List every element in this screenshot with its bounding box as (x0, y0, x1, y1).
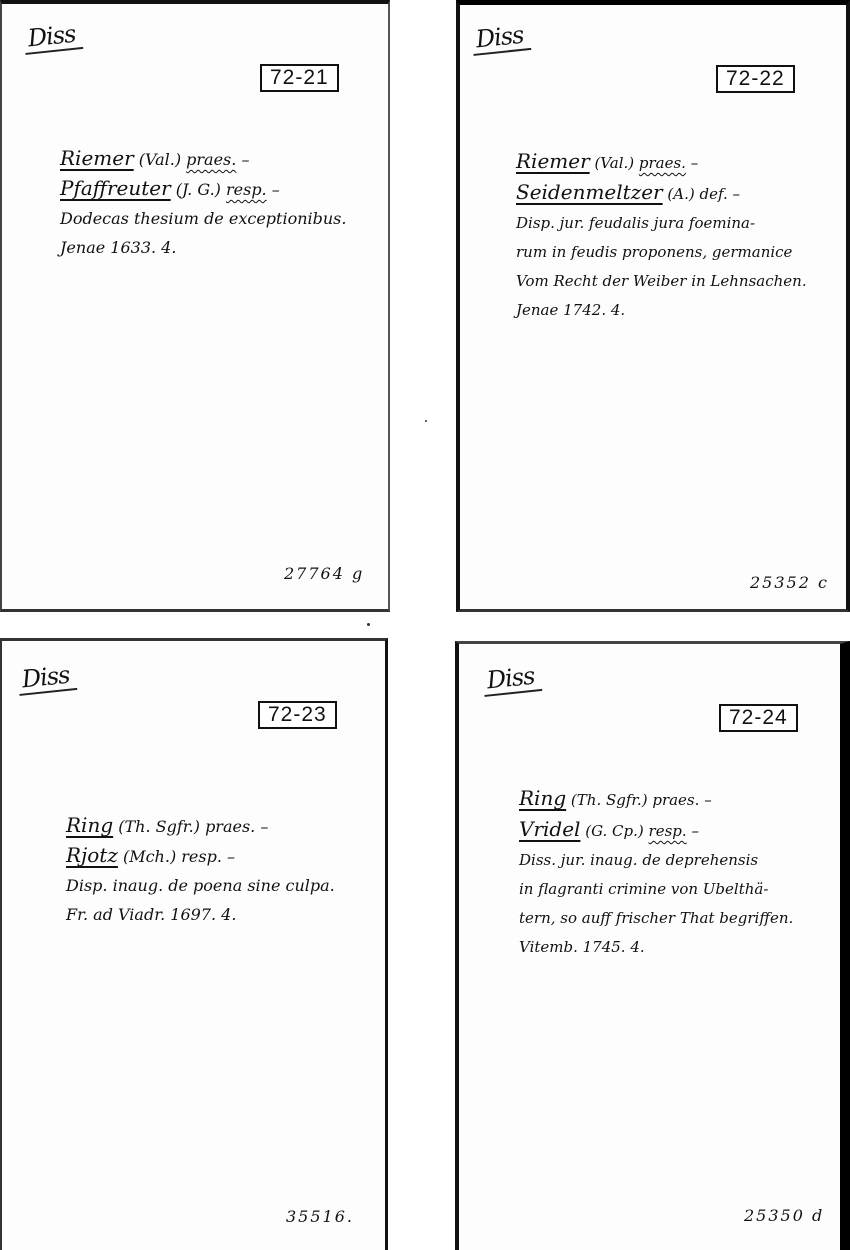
respondent-name: Vridel (519, 817, 580, 841)
respondent-role: resp. (226, 180, 267, 199)
imprint-line: Jenae 1633. 4. (60, 233, 346, 262)
entry-text: Ring (Th. Sgfr.) praes. – Vridel (G. Cp.… (519, 784, 793, 962)
praeses-line: Ring (Th. Sgfr.) praes. – (519, 784, 793, 815)
line-dash: – (272, 180, 280, 199)
title-line: rum in feudis proponens, germanice (516, 238, 807, 267)
catalog-card: Diss 72-23 Ring (Th. Sgfr.) praes. – Rjo… (0, 638, 388, 1250)
respondent-role: resp. (181, 847, 222, 866)
catalog-card: Diss 72-22 Riemer (Val.) praes. – Seiden… (456, 0, 850, 612)
praeses-name: Riemer (60, 146, 134, 170)
praeses-role: praes. (652, 791, 699, 809)
line-dash: – (691, 154, 699, 172)
respondent-initials: (J. G.) (176, 180, 221, 199)
category-label: Diss (482, 663, 542, 697)
respondent-name: Rjotz (66, 843, 118, 867)
accession-number: 25352 c (750, 573, 829, 592)
accession-number: 35516. (286, 1207, 354, 1226)
scan-speck (367, 623, 370, 626)
line-dash: – (691, 822, 699, 840)
praeses-name: Ring (66, 813, 113, 837)
entry-text: Riemer (Val.) praes. – Seidenmeltzer (A.… (516, 147, 807, 325)
respondent-line: Pfaffreuter (J. G.) resp. – (60, 174, 346, 204)
praeses-line: Ring (Th. Sgfr.) praes. – (66, 811, 335, 841)
catalog-card: Diss 72-21 Riemer (Val.) praes. – Pfaffr… (0, 0, 390, 612)
accession-number: 27764 g (284, 564, 364, 583)
title-line: Diss. jur. inaug. de deprehensis (519, 846, 793, 875)
catalog-card: Diss 72-24 Ring (Th. Sgfr.) praes. – Vri… (455, 641, 850, 1250)
title-line: tern, so auff frischer That begriffen. (519, 904, 793, 933)
praeses-line: Riemer (Val.) praes. – (60, 144, 346, 174)
praeses-line: Riemer (Val.) praes. – (516, 147, 807, 178)
title-line: Dodecas thesium de exceptionibus. (60, 204, 346, 233)
entry-text: Riemer (Val.) praes. – Pfaffreuter (J. G… (60, 144, 346, 262)
shelfmark-box: 72-22 (716, 65, 795, 93)
line-dash: – (733, 185, 741, 203)
line-dash: – (241, 150, 249, 169)
imprint-line: Jenae 1742. 4. (516, 296, 807, 325)
praeses-role: praes. (639, 154, 686, 172)
respondent-name: Seidenmeltzer (516, 180, 663, 204)
respondent-name: Pfaffreuter (60, 176, 171, 200)
praeses-role: praes. (205, 817, 255, 836)
accession-number: 25350 d (744, 1206, 824, 1225)
title-line: Disp. inaug. de poena sine culpa. (66, 871, 335, 900)
praeses-initials: (Th. Sgfr.) (571, 791, 648, 809)
respondent-line: Vridel (G. Cp.) resp. – (519, 815, 793, 846)
category-label: Diss (471, 22, 531, 56)
category-label: Diss (17, 662, 77, 696)
shelfmark-box: 72-24 (719, 704, 798, 732)
title-line: Vom Recht der Weiber in Lehnsachen. (516, 267, 807, 296)
respondent-line: Seidenmeltzer (A.) def. – (516, 178, 807, 209)
shelfmark-box: 72-21 (260, 64, 339, 92)
praeses-initials: (Val.) (139, 150, 181, 169)
imprint-line: Vitemb. 1745. 4. (519, 933, 793, 962)
respondent-initials: (G. Cp.) (585, 822, 644, 840)
respondent-initials: (Mch.) (123, 847, 176, 866)
respondent-initials: (A.) (667, 185, 694, 203)
respondent-role: resp. (649, 822, 687, 840)
praeses-role: praes. (186, 150, 236, 169)
respondent-line: Rjotz (Mch.) resp. – (66, 841, 335, 871)
line-dash: – (704, 791, 712, 809)
praeses-name: Riemer (516, 149, 590, 173)
praeses-initials: (Val.) (594, 154, 634, 172)
praeses-initials: (Th. Sgfr.) (118, 817, 200, 836)
line-dash: – (260, 817, 268, 836)
title-line: Disp. jur. feudalis jura foemina- (516, 209, 807, 238)
respondent-role: def. (700, 185, 728, 203)
title-line: in flagranti crimine von Ubelthä- (519, 875, 793, 904)
scan-speck (425, 420, 427, 422)
line-dash: – (227, 847, 235, 866)
category-label: Diss (23, 21, 83, 55)
shelfmark-box: 72-23 (258, 701, 337, 729)
praeses-name: Ring (519, 786, 566, 810)
entry-text: Ring (Th. Sgfr.) praes. – Rjotz (Mch.) r… (66, 811, 335, 929)
imprint-line: Fr. ad Viadr. 1697. 4. (66, 900, 335, 929)
